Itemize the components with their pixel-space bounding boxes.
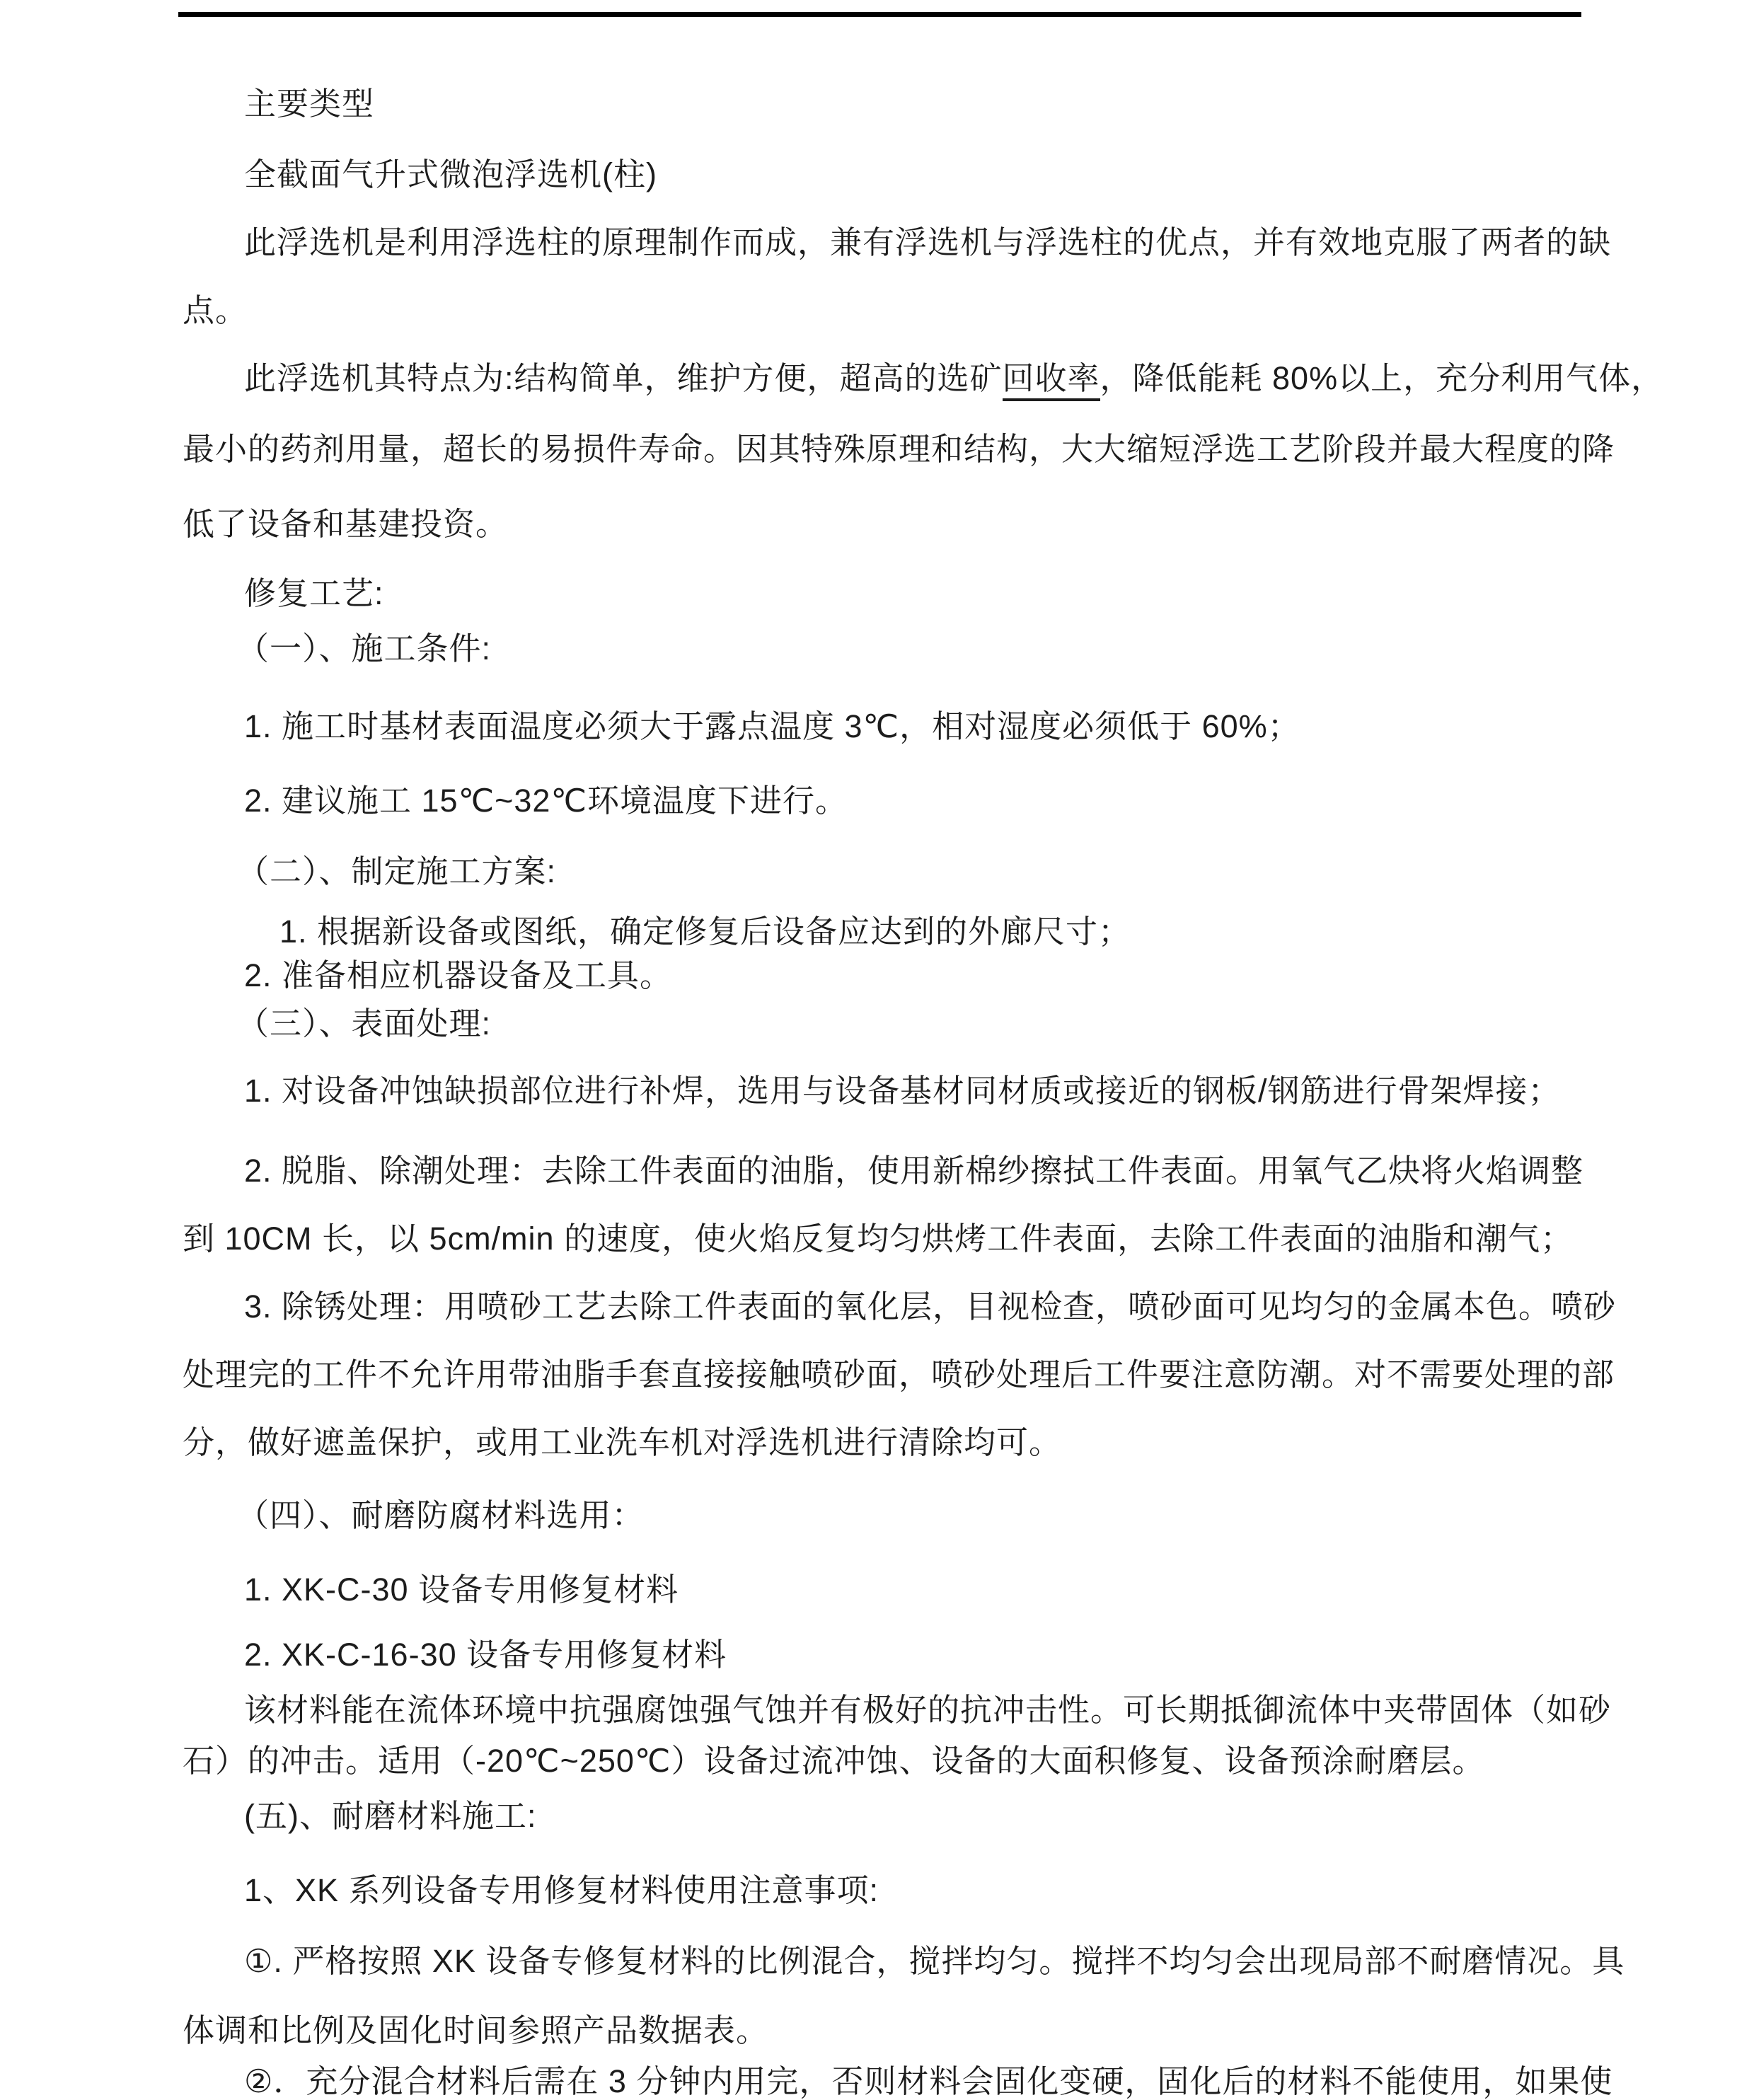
text-run: 最小的药剂用量，超长的易损件寿命。因其特殊原理和结构，大大缩短浮选工艺阶段并最大… <box>183 431 1615 467</box>
text-run: （四）、耐磨防腐材料选用： <box>237 1497 645 1533</box>
text-run: (五)、耐磨材料施工: <box>244 1798 536 1834</box>
text-line: 修复工艺: <box>244 575 384 612</box>
text-line: 2. 准备相应机器设备及工具。 <box>244 957 672 994</box>
text-line: （二）、制定施工方案: <box>237 853 556 890</box>
text-run: 全截面气升式微泡浮选机(柱) <box>244 156 657 192</box>
text-run: 2. 建议施工 15℃~32℃环境温度下进行。 <box>244 783 848 819</box>
text-line: （三）、表面处理: <box>237 1005 491 1042</box>
text-run: 1、XK 系列设备专用修复材料使用注意事项: <box>244 1872 879 1908</box>
text-run: 1. 对设备冲蚀缺损部位进行补焊，选用与设备基材同材质或接近的钢板/钢筋进行骨架… <box>244 1073 1561 1109</box>
text-run: 3. 除锈处理：用喷砂工艺去除工件表面的氧化层，目视检查，喷砂面可见均匀的金属本… <box>244 1288 1616 1325</box>
text-line: 到 10CM 长，以 5cm/min 的速度，使火焰反复均匀烘烤工件表面，去除工… <box>183 1220 1573 1257</box>
text-run: （二）、制定施工方案: <box>237 853 556 889</box>
text-run: 体调和比例及固化时间参照产品数据表。 <box>183 2012 768 2048</box>
text-run: 2. 准备相应机器设备及工具。 <box>244 957 672 993</box>
text-run: 此浮选机其特点为:结构简单，维护方便，超高的选矿 <box>244 360 1003 396</box>
text-run: 分，做好遮盖保护，或用工业洗车机对浮选机进行清除均可。 <box>183 1424 1061 1460</box>
text-line: 全截面气升式微泡浮选机(柱) <box>244 156 657 193</box>
text-line: 1. XK-C-30 设备专用修复材料 <box>244 1571 679 1608</box>
text-run: 主要类型 <box>244 86 374 122</box>
text-line: ②．充分混合材料后需在 3 分钟内用完，否则材料会固化变硬，固化后的材料不能使用… <box>244 2062 1612 2100</box>
text-run: 修复工艺: <box>244 575 384 611</box>
top-rule <box>178 12 1581 17</box>
text-line: 最小的药剂用量，超长的易损件寿命。因其特殊原理和结构，大大缩短浮选工艺阶段并最大… <box>183 430 1615 468</box>
text-line: （一）、施工条件: <box>237 630 491 667</box>
text-line: 体调和比例及固化时间参照产品数据表。 <box>183 2012 768 2049</box>
text-line: 处理完的工件不允许用带油脂手套直接接触喷砂面，喷砂处理后工件要注意防潮。对不需要… <box>183 1356 1615 1393</box>
text-run: 1. 施工时基材表面温度必须大于露点温度 3℃，相对湿度必须低于 60%； <box>244 708 1300 744</box>
text-line: 2. XK-C-16-30 设备专用修复材料 <box>244 1636 727 1673</box>
text-run: ①. 严格按照 XK 设备专修复材料的比例混合，搅拌均匀。搅拌不均匀会出现局部不… <box>244 1943 1625 1979</box>
text-run: 到 10CM 长，以 5cm/min 的速度，使火焰反复均匀烘烤工件表面，去除工… <box>183 1221 1573 1257</box>
text-run: ，降低能耗 80%以上，充分利用气体， <box>1100 360 1664 396</box>
text-line: 2. 建议施工 15℃~32℃环境温度下进行。 <box>244 782 848 819</box>
text-run: 低了设备和基建投资。 <box>183 506 508 542</box>
text-line: （四）、耐磨防腐材料选用： <box>237 1496 645 1534</box>
text-line: 此浮选机其特点为:结构简单，维护方便，超高的选矿回收率，降低能耗 80%以上，充… <box>244 359 1663 397</box>
text-run: 2. 脱脂、除潮处理：去除工件表面的油脂，使用新棉纱擦拭工件表面。用氧气乙炔将火… <box>244 1153 1583 1189</box>
text-line: 低了设备和基建投资。 <box>183 505 508 543</box>
text-line: 点。 <box>183 292 248 329</box>
text-line: 1. 对设备冲蚀缺损部位进行补焊，选用与设备基材同材质或接近的钢板/钢筋进行骨架… <box>244 1072 1561 1109</box>
text-run: 点。 <box>183 292 248 328</box>
text-line: 主要类型 <box>244 85 374 122</box>
text-run: （三）、表面处理: <box>237 1005 491 1042</box>
text-line: 1. 施工时基材表面温度必须大于露点温度 3℃，相对湿度必须低于 60%； <box>244 708 1300 745</box>
text-run: ②．充分混合材料后需在 3 分钟内用完，否则材料会固化变硬，固化后的材料不能使用… <box>244 2063 1612 2099</box>
document-page: 主要类型全截面气升式微泡浮选机(柱)此浮选机是利用浮选柱的原理制作而成，兼有浮选… <box>0 0 1754 2100</box>
text-run: 1. XK-C-30 设备专用修复材料 <box>244 1571 679 1608</box>
text-line: 3. 除锈处理：用喷砂工艺去除工件表面的氧化层，目视检查，喷砂面可见均匀的金属本… <box>244 1288 1616 1325</box>
text-run: 处理完的工件不允许用带油脂手套直接接触喷砂面，喷砂处理后工件要注意防潮。对不需要… <box>183 1356 1615 1392</box>
text-line: (五)、耐磨材料施工: <box>244 1797 536 1835</box>
text-run: 2. XK-C-16-30 设备专用修复材料 <box>244 1637 727 1673</box>
text-line: 分，做好遮盖保护，或用工业洗车机对浮选机进行清除均可。 <box>183 1424 1061 1461</box>
text-line: 此浮选机是利用浮选柱的原理制作而成，兼有浮选机与浮选柱的优点，并有效地克服了两者… <box>244 224 1611 261</box>
text-run: 该材料能在流体环境中抗强腐蚀强气蚀并有极好的抗冲击性。可长期抵御流体中夹带固体（… <box>244 1692 1611 1728</box>
text-line: 1. 根据新设备或图纸，确定修复后设备应达到的外廊尺寸； <box>279 913 1131 950</box>
text-run: （一）、施工条件: <box>237 630 491 667</box>
text-run: 1. 根据新设备或图纸，确定修复后设备应达到的外廊尺寸； <box>279 913 1131 950</box>
text-line: 2. 脱脂、除潮处理：去除工件表面的油脂，使用新棉纱擦拭工件表面。用氧气乙炔将火… <box>244 1152 1583 1189</box>
text-line: ①. 严格按照 XK 设备专修复材料的比例混合，搅拌均匀。搅拌不均匀会出现局部不… <box>244 1942 1625 1980</box>
text-line: 1、XK 系列设备专用修复材料使用注意事项: <box>244 1871 879 1909</box>
text-line: 石）的冲击。适用（-20℃~250℃）设备过流冲蚀、设备的大面积修复、设备预涂耐… <box>183 1742 1484 1779</box>
text-run: 石）的冲击。适用（-20℃~250℃）设备过流冲蚀、设备的大面积修复、设备预涂耐… <box>183 1743 1484 1779</box>
text-run: 此浮选机是利用浮选柱的原理制作而成，兼有浮选机与浮选柱的优点，并有效地克服了两者… <box>244 224 1611 260</box>
text-line: 该材料能在流体环境中抗强腐蚀强气蚀并有极好的抗冲击性。可长期抵御流体中夹带固体（… <box>244 1691 1611 1729</box>
underlined-text-run: 回收率 <box>1003 360 1100 401</box>
